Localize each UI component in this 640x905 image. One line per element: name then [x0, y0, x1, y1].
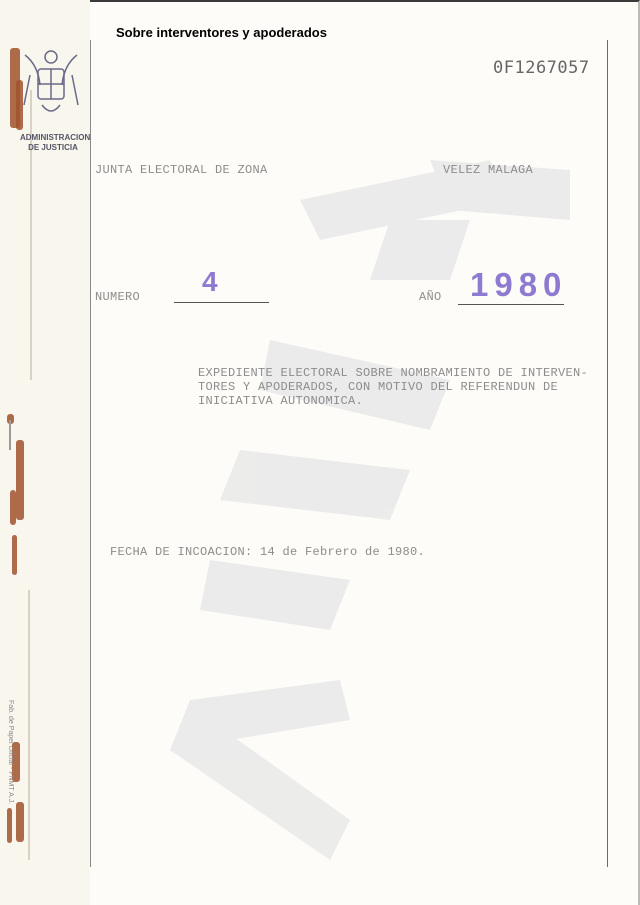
- letterhead-line2: DE JUSTICIA: [20, 143, 86, 153]
- numero-value: 4: [202, 266, 218, 298]
- description-line2: TORES Y APODERADOS, CON MOTIVO DEL REFER…: [198, 380, 558, 394]
- serial-number: 0F1267057: [493, 58, 590, 78]
- left-margin-rule: [90, 40, 91, 867]
- ano-label: AÑO: [419, 290, 442, 304]
- letterhead-line1: ADMINISTRACION: [20, 133, 86, 143]
- binding-thread: [28, 590, 30, 860]
- numero-underline: [174, 302, 269, 303]
- staple-wire: [9, 420, 11, 450]
- right-margin-rule: [607, 40, 608, 867]
- rust-stain: [12, 535, 17, 575]
- coat-of-arms-icon: [20, 45, 82, 123]
- ano-underline: [458, 304, 564, 305]
- rust-stain: [16, 802, 24, 842]
- description-line3: INICIATIVA AUTONOMICA.: [198, 394, 363, 408]
- letterhead-text: ADMINISTRACION DE JUSTICIA: [20, 133, 86, 153]
- junta-place: VELEZ MALAGA: [443, 163, 533, 177]
- ano-value: 1980: [470, 266, 567, 304]
- description-line1: EXPEDIENTE ELECTORAL SOBRE NOMBRAMIENTO …: [198, 366, 588, 380]
- ahpm-watermark: [150, 160, 570, 860]
- fecha-incoacion: FECHA DE INCOACION: 14 de Febrero de 198…: [110, 545, 425, 559]
- margin-print: Fab. de Papel Oficial - FNMT A.J.: [7, 700, 14, 804]
- numero-label: NUMERO: [95, 290, 140, 304]
- rust-stain: [16, 440, 24, 520]
- rust-stain: [7, 808, 12, 843]
- junta-label: JUNTA ELECTORAL DE ZONA: [95, 163, 268, 177]
- rust-stain: [10, 490, 16, 525]
- document-title: Sobre interventores y apoderados: [116, 25, 327, 40]
